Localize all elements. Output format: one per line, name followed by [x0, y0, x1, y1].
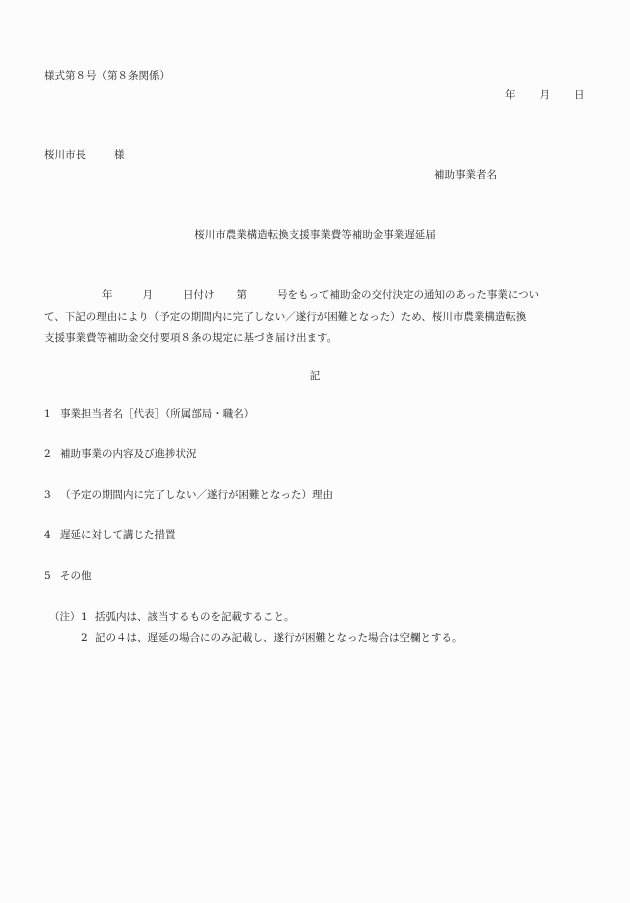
item-number: 3 — [44, 488, 60, 502]
date-year: 年 — [505, 88, 516, 102]
item-number: 2 — [44, 447, 60, 461]
applicant-label: 補助事業者名 — [434, 168, 497, 182]
note-text: 記の４は、遅延の場合にのみ記載し、遂行が困難となった場合は空欄とする。 — [95, 632, 463, 644]
note-text: 括弧内は、該当するものを記載すること。 — [95, 611, 295, 623]
body-line-3: 支援事業費等補助金交付要項８条の規定に基づき届け出ます。 — [44, 328, 589, 350]
note-2: 2記の４は、遅延の場合にのみ記載し、遂行が困難となった場合は空欄とする。 — [49, 628, 463, 649]
body-line-2: て、下記の理由により（予定の期間内に完了しない／遂行が困難となった）ため、桜川市… — [44, 307, 589, 329]
form-number: 様式第８号（第８条関係） — [44, 69, 170, 83]
item-text: 事業担当者名［代表］（所属部局・職名） — [60, 408, 254, 420]
ki-heading: 記 — [0, 369, 630, 383]
item-number: 5 — [44, 569, 60, 583]
document-title: 桜川市農業構造転換支援事業費等補助金事業遅延届 — [0, 228, 630, 242]
addressee-name: 桜川市長 — [44, 149, 86, 161]
body-text: 年月日付け第号をもって補助金の交付決定の通知のあった事業につい て、下記の理由に… — [44, 285, 589, 350]
addressee-honorific: 様 — [114, 149, 125, 161]
item-text: その他 — [60, 570, 92, 582]
body-year: 年 — [102, 289, 113, 301]
item-1: 1事業担当者名［代表］（所属部局・職名） — [44, 407, 254, 421]
note-number: 2 — [81, 628, 95, 649]
item-text: （予定の期間内に完了しない／遂行が困難となった）理由 — [60, 489, 333, 501]
date-day: 日 — [574, 88, 585, 102]
body-month: 月 — [143, 289, 154, 301]
item-4: 4遅延に対して講じた措置 — [44, 528, 176, 542]
item-number: 1 — [44, 407, 60, 421]
item-number: 4 — [44, 528, 60, 542]
notes: （注）1括弧内は、該当するものを記載すること。 2記の４は、遅延の場合にのみ記載… — [49, 607, 463, 649]
date-line: 年月日 — [505, 88, 585, 102]
note-1: （注）1括弧内は、該当するものを記載すること。 — [49, 607, 463, 628]
item-5: 5その他 — [44, 569, 92, 583]
item-text: 補助事業の内容及び進捗状況 — [60, 448, 197, 460]
body-dai: 第 — [237, 289, 248, 301]
notes-label: （注） — [49, 607, 81, 628]
item-2: 2補助事業の内容及び進捗状況 — [44, 447, 197, 461]
body-line-1: 年月日付け第号をもって補助金の交付決定の通知のあった事業につい — [44, 285, 589, 307]
item-3: 3（予定の期間内に完了しない／遂行が困難となった）理由 — [44, 488, 333, 502]
note-number: 1 — [81, 607, 95, 628]
body-line-1-rest: 号をもって補助金の交付決定の通知のあった事業につい — [277, 289, 539, 301]
item-text: 遅延に対して講じた措置 — [60, 529, 176, 541]
date-month: 月 — [540, 88, 551, 102]
addressee: 桜川市長様 — [44, 148, 125, 162]
body-date-suffix: 日付け — [183, 289, 215, 301]
